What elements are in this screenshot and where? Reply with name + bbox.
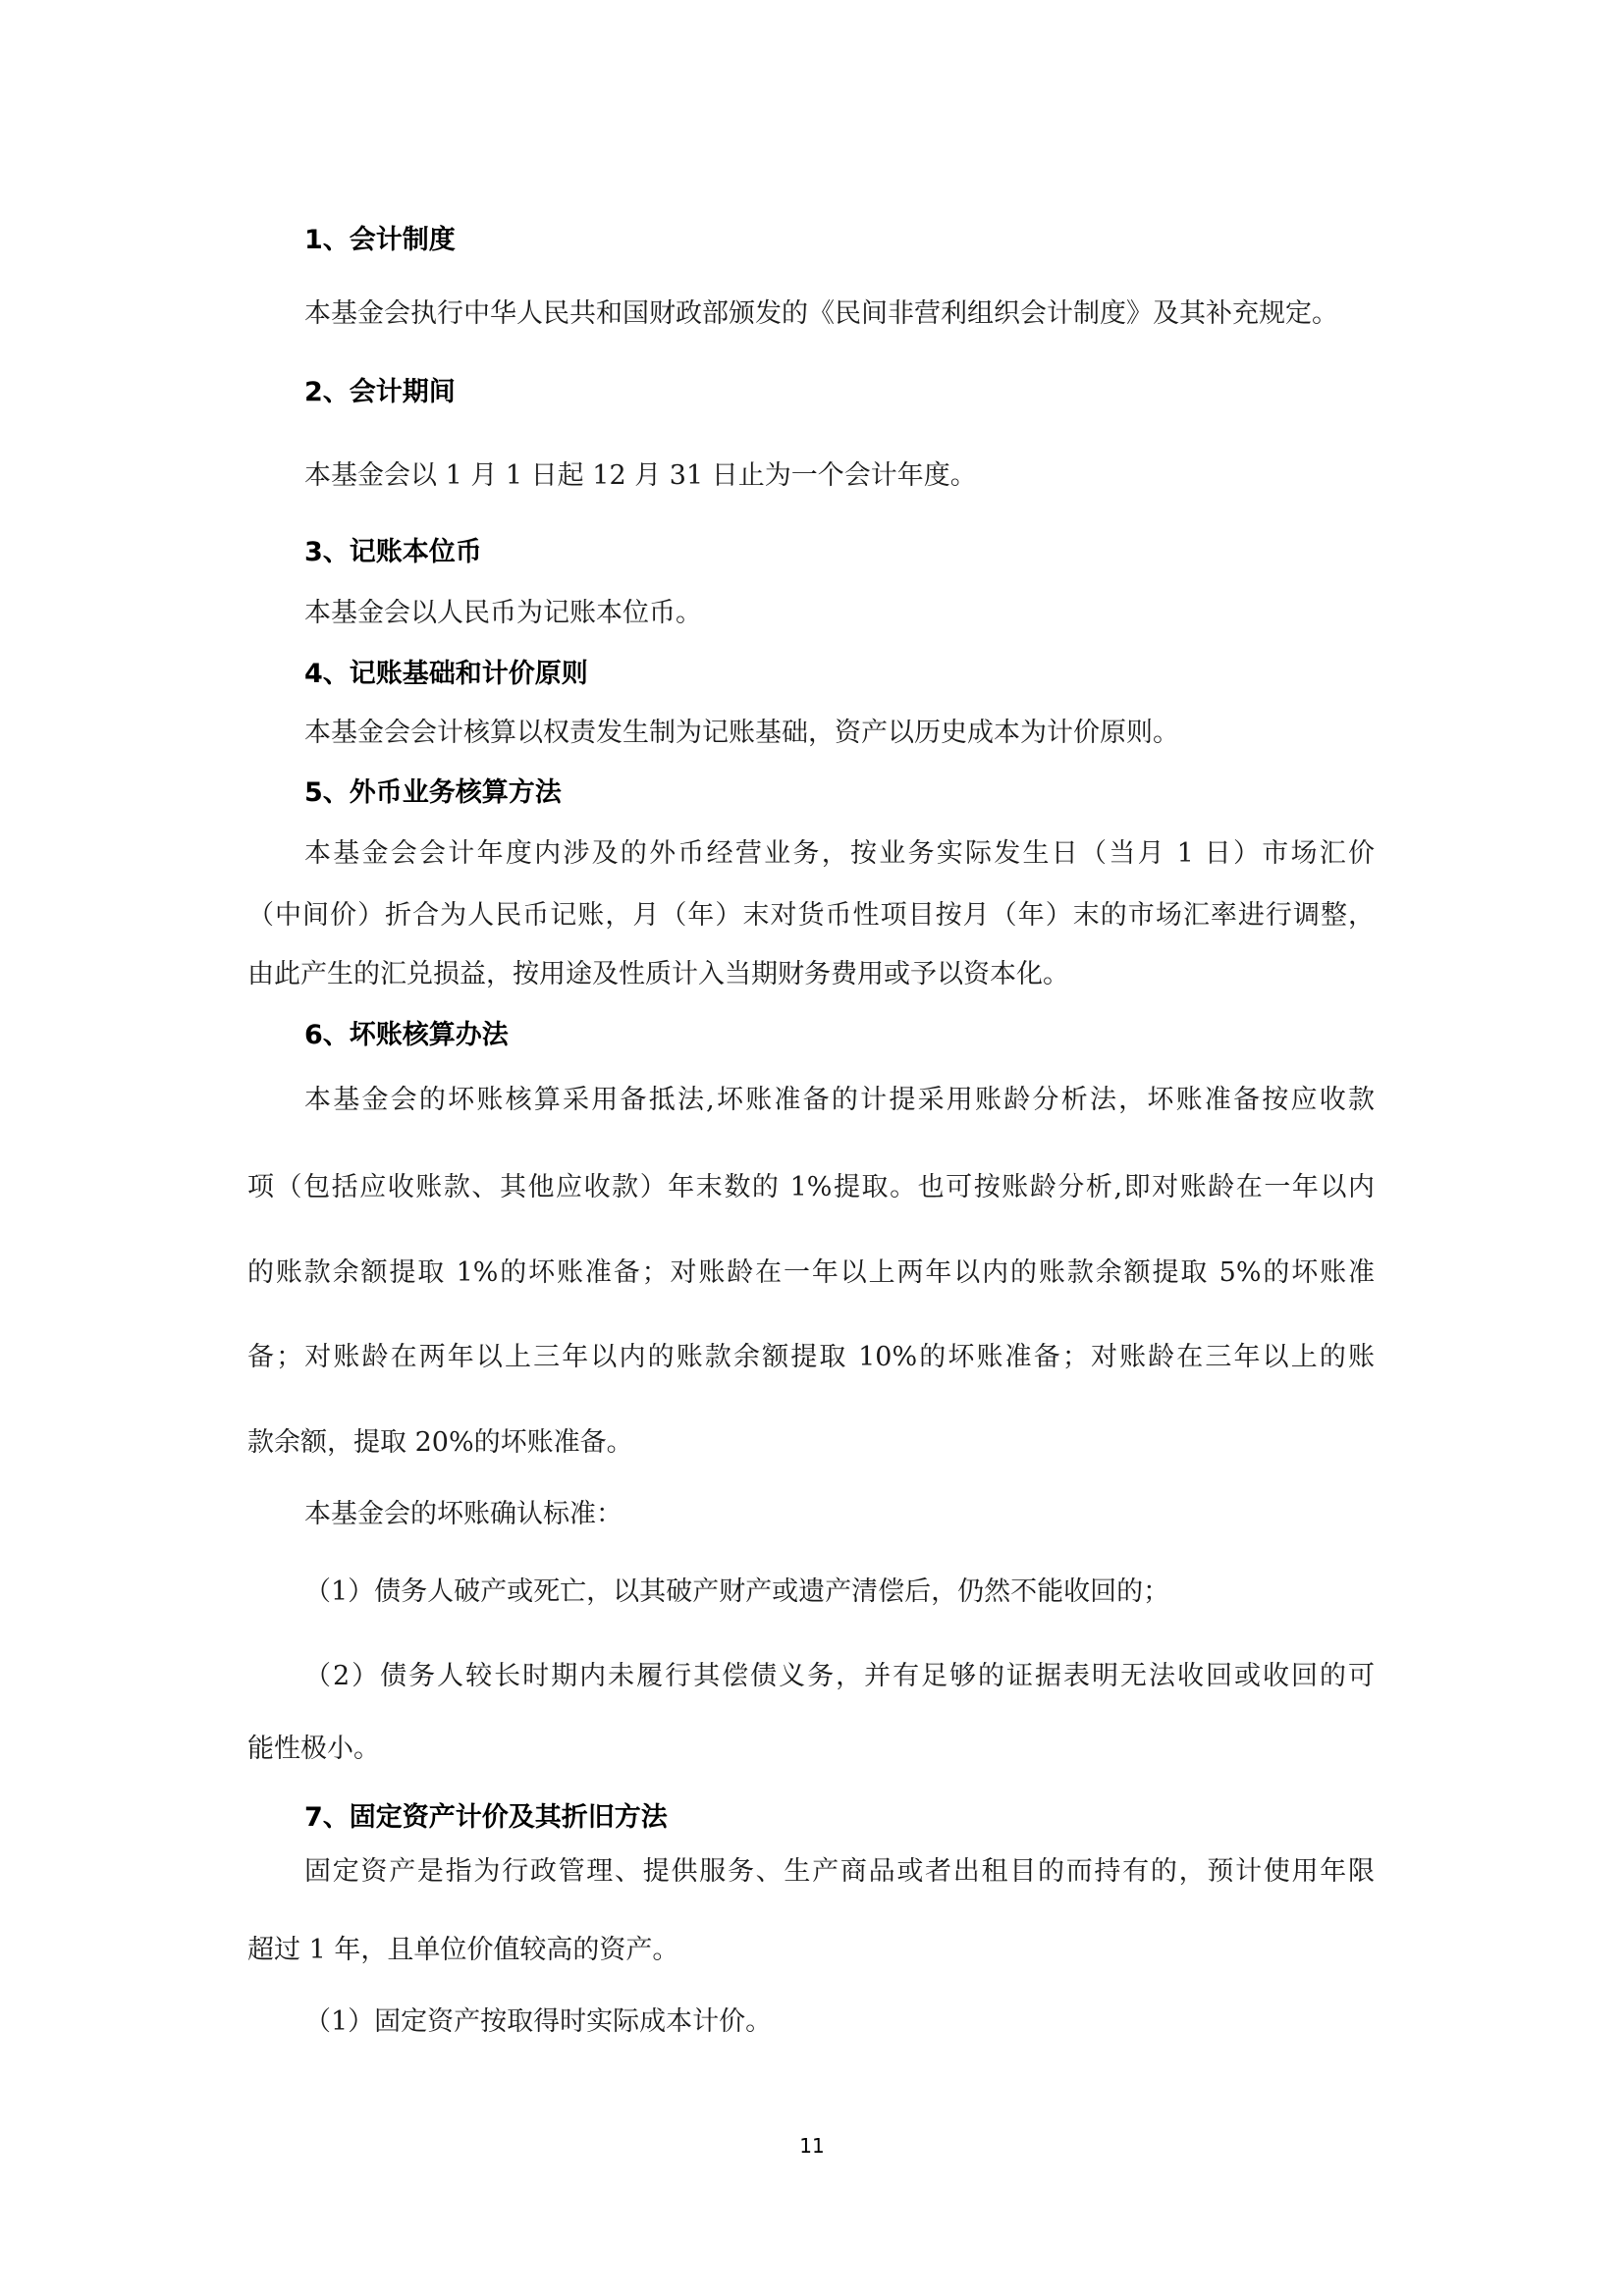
paragraph-line: 的账款余额提取 1%的坏账准备；对账龄在一年以上两年以内的账款余额提取 5%的坏… xyxy=(247,1254,1375,1293)
section-heading-accounting-system: 1、会计制度 xyxy=(304,221,1375,260)
paragraph-line: 款余额，提取 20%的坏账准备。 xyxy=(247,1423,1375,1463)
section-heading-fixed-assets: 7、固定资产计价及其折旧方法 xyxy=(304,1798,1375,1838)
paragraph-line: 本基金会执行中华人民共和国财政部颁发的《民间非营利组织会计制度》及其补充规定。 xyxy=(304,294,1375,334)
list-item: （2）债务人较长时期内未履行其偿债义务，并有足够的证据表明无法收回或收回的可 xyxy=(304,1657,1375,1696)
paragraph-line: 固定资产是指为行政管理、提供服务、生产商品或者出租目的而持有的，预计使用年限 xyxy=(304,1852,1375,1892)
paragraph-line: 备；对账龄在两年以上三年以内的账款余额提取 10%的坏账准备；对账龄在三年以上的… xyxy=(247,1338,1375,1377)
paragraph-line: 本基金会的坏账核算采用备抵法,坏账准备的计提采用账龄分析法，坏账准备按应收款 xyxy=(304,1081,1375,1120)
paragraph-line: 本基金会会计核算以权责发生制为记账基础，资产以历史成本为计价原则。 xyxy=(304,714,1375,753)
paragraph-line: 由此产生的汇兑损益，按用途及性质计入当期财务费用或予以资本化。 xyxy=(247,955,1375,994)
paragraph-line: 项（包括应收账款、其他应收款）年末数的 1%提取。也可按账龄分析,即对账龄在一年… xyxy=(247,1168,1375,1207)
page-number: 11 xyxy=(763,2132,861,2160)
paragraph-line: 本基金会会计年度内涉及的外币经营业务，按业务实际发生日（当月 1 日）市场汇价 xyxy=(304,834,1375,874)
paragraph-line: 本基金会的坏账确认标准： xyxy=(304,1495,1375,1534)
paragraph-line: 本基金会以人民币为记账本位币。 xyxy=(304,594,1375,633)
section-heading-bookkeeping-currency: 3、记账本位币 xyxy=(304,533,1375,572)
section-heading-bookkeeping-basis: 4、记账基础和计价原则 xyxy=(304,655,1375,694)
document-page: 1、会计制度 本基金会执行中华人民共和国财政部颁发的《民间非营利组织会计制度》及… xyxy=(0,0,1624,2296)
section-heading-accounting-period: 2、会计期间 xyxy=(304,373,1375,412)
list-item: （1）固定资产按取得时实际成本计价。 xyxy=(304,2002,1375,2042)
paragraph-line: 超过 1 年，且单位价值较高的资产。 xyxy=(247,1931,1375,1970)
list-item: （1）债务人破产或死亡，以其破产财产或遗产清偿后，仍然不能收回的； xyxy=(304,1573,1375,1612)
section-heading-foreign-currency: 5、外币业务核算方法 xyxy=(304,774,1375,813)
paragraph-line: （中间价）折合为人民币记账，月（年）末对货币性项目按月（年）末的市场汇率进行调整… xyxy=(247,896,1375,935)
paragraph-line: 本基金会以 1 月 1 日起 12 月 31 日止为一个会计年度。 xyxy=(304,456,1375,496)
paragraph-line: 能性极小。 xyxy=(247,1730,1375,1769)
section-heading-bad-debt: 6、坏账核算办法 xyxy=(304,1016,1375,1055)
